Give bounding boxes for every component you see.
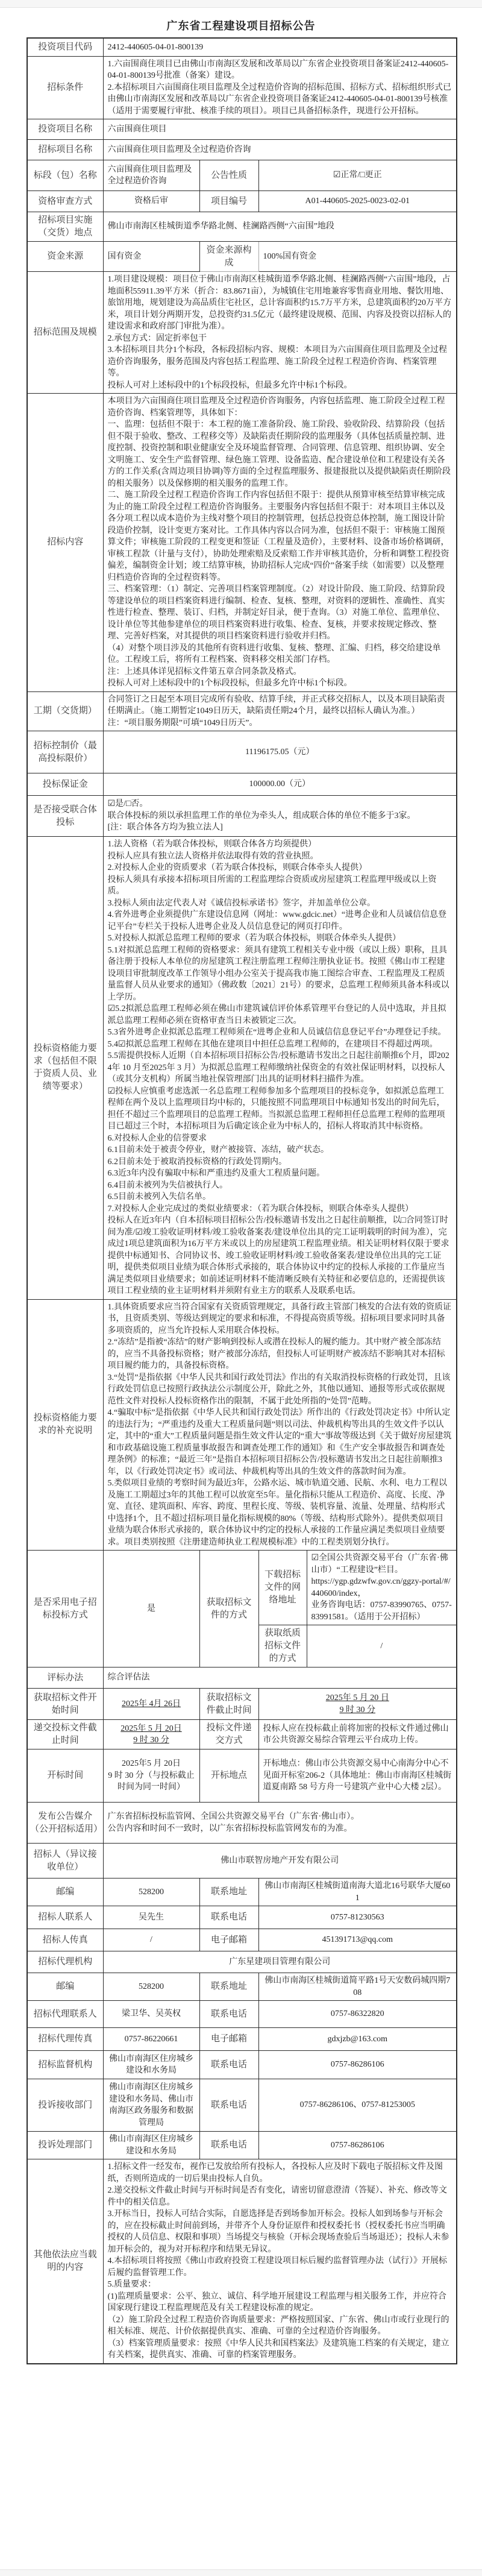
row-announcement-media: 发布公告媒介（公开招标适用） 广东省招标投标监管网、全国公共资源交易平台（广东省…	[27, 1803, 457, 1844]
paper-doc-value: /	[307, 1625, 457, 1667]
submit-method-label: 投标文件递交方式	[199, 1720, 258, 1749]
agency-label: 招标代理机构	[27, 1951, 103, 1973]
control-price-value: 11196175.05（元）	[103, 731, 457, 773]
tenderee-phone-label: 联系电话	[199, 1906, 258, 1929]
tenderee-fax-value: /	[103, 1929, 199, 1951]
announcement-table: 投资项目代码 2412-440605-04-01-800139 招标条件 1.六…	[27, 37, 457, 2364]
evaluation-method-label: 评标办法	[27, 1667, 103, 1689]
submit-deadline-value: 2025年 5 月 20日 9 时 30 分	[103, 1720, 199, 1749]
evaluation-method-value: 综合评估法	[103, 1667, 457, 1689]
row-agency-contact: 招标代理联系人 梁卫华、吴英权 联系电话 0757-86322820	[27, 2001, 457, 2028]
ability-supplement-value: 1.具体资质要求应当符合国家有关资质管理规定，具备行政主管部门核发的合法有效的资…	[103, 1299, 457, 1551]
fund-composition-value: 100%国有资金	[258, 242, 457, 272]
complaint-receiving-phone-value: 0757-86286106、0757-81253005	[258, 2079, 457, 2132]
supervision-agency-label: 招标监督机构	[27, 2051, 103, 2079]
consortium-value: ☑是/□否。 联合体投标的须以承担监理工作的单位为牵头人，组成联合体的单位不能多…	[103, 796, 457, 837]
row-electronic-bidding: 是否采用电子招标投标方式 是 获取招标文件的方式 下载招标文件的网络地址 ☑全国…	[27, 1551, 457, 1625]
qualification-review-value: 资格后审	[103, 191, 199, 212]
row-scope-scale: 招标范围及规模 1.项目建设规模：项目位于佛山市南海区桂城街道季华路北侧、桂澜路…	[27, 272, 457, 394]
row-bid-opening: 开标时间 2025年5 月 20日 9 时 30 分（与投标截止时间为同一时间）…	[27, 1749, 457, 1803]
supervision-phone-label: 联系电话	[199, 2051, 258, 2079]
row-qualification-ability: 投标资格能力要求（包括但不限于资质人员、业绩等要求） 1.法人资格（若为联合体投…	[27, 837, 457, 1300]
row-bid-conditions: 招标条件 1.六亩围商住项目已由佛山市南海区发展和改革局以广东省企业投资项目备案…	[27, 56, 457, 119]
complaint-handling-phone-label: 联系电话	[199, 2132, 258, 2159]
download-url-label: 下载招标文件的网络地址	[258, 1551, 307, 1625]
tenderee-phone-value: 0757-81230563	[258, 1906, 457, 1929]
bid-conditions-label: 招标条件	[27, 56, 103, 119]
complaint-handling-phone-value: 0757-86286106	[258, 2132, 457, 2159]
tenderee-address-value: 佛山市南海区桂城街道南海大道北16号联华大厦601	[258, 1878, 457, 1906]
agency-email-value: gdxjzb@163.com	[258, 2028, 457, 2051]
agency-contact-value: 梁卫华、吴英权	[103, 2001, 199, 2028]
row-bid-content: 招标内容 本项目为六亩围商住项目监理及全过程造价咨询服务，内容包括监理、施工阶段…	[27, 394, 457, 692]
row-tenderee-contact: 招标人联系人 吴先生 联系电话 0757-81230563	[27, 1906, 457, 1929]
agency-value: 广东星建项目管理有限公司	[103, 1951, 457, 1973]
section-name-label: 标段（包）名称	[27, 160, 103, 191]
investment-name-value: 六亩围商住项目	[103, 119, 457, 140]
complaint-handling-value: 佛山市南海区住房城乡建设和水务局	[103, 2132, 199, 2159]
agency-phone-label: 联系电话	[199, 2001, 258, 2028]
row-section-name: 标段（包）名称 六亩围商住项目监理及全过程造价咨询 公告性质 ☑正常/□更正	[27, 160, 457, 191]
investment-name-label: 投资项目名称	[27, 119, 103, 140]
qualification-ability-label: 投标资格能力要求（包括但不限于资质人员、业绩等要求）	[27, 837, 103, 1300]
project-number-label: 项目编号	[199, 191, 258, 212]
row-construction-period: 工期（交货期） 合同签订之日起至本项目完成所有验收、结算手续，并正式移交招标人，…	[27, 691, 457, 731]
bid-opening-time-label: 开标时间	[27, 1749, 103, 1803]
tenderee-contact-label: 招标人联系人	[27, 1906, 103, 1929]
control-price-label: 招标控制价（最高投标限价）	[27, 731, 103, 773]
scope-scale-label: 招标范围及规模	[27, 272, 103, 394]
bid-content-label: 招标内容	[27, 394, 103, 692]
top-page-strip	[0, 0, 482, 8]
bid-content-value: 本项目为六亩围商住项目监理及全过程造价咨询服务，内容包括监理、施工阶段全过程工程…	[103, 394, 457, 692]
row-tenderee-fax: 招标人传真 / 电子邮箱 451391713@qq.com	[27, 1929, 457, 1951]
row-complaint-handling: 投诉处理部门 佛山市南海区住房城乡建设和水务局 联系电话 0757-862861…	[27, 2132, 457, 2159]
agency-address-label: 联系地址	[199, 1973, 258, 2001]
row-project-place: 招标项目实施（交货）地点 佛山市南海区桂城街道季华路北侧、桂澜路西侧“六亩围”地…	[27, 212, 457, 242]
bottom-page-strip	[0, 2569, 482, 2576]
page-title: 广东省工程建设项目招标公告	[0, 17, 482, 33]
notice-nature-label: 公告性质	[199, 160, 258, 191]
submit-deadline-label: 递交投标文件截止时间	[27, 1720, 103, 1749]
agency-postcode-value: 528200	[103, 1973, 199, 2001]
row-fund-source: 资金来源 国有资金 资金来源构成 100%国有资金	[27, 242, 457, 272]
bid-project-name-label: 招标项目名称	[27, 140, 103, 160]
scope-scale-value: 1.项目建设规模：项目位于佛山市南海区桂城街道季华路北侧、桂澜路西侧“六亩围”地…	[103, 272, 457, 394]
row-other-contents: 其他依法应当载明的内容 1.招标文件一经发布，视作已发放给所有投标人，各投标人应…	[27, 2159, 457, 2364]
tenderee-email-value: 451391713@qq.com	[258, 1929, 457, 1951]
row-bid-project-name: 招标项目名称 六亩围商住项目监理及全过程造价咨询	[27, 140, 457, 160]
project-place-value: 佛山市南海区桂城街道季华路北侧、桂澜路西侧“六亩围”地段	[103, 212, 457, 242]
notice-nature-value: ☑正常/□更正	[258, 160, 457, 191]
paper-doc-label: 获取纸质招标文件的方式	[258, 1625, 307, 1667]
bid-deposit-value: 100000.00（元）	[103, 773, 457, 796]
bid-opening-place-value: 开标地点：佛山市公共资源交易中心南海分中心不见面开标室206-2（具体地址：佛山…	[258, 1749, 457, 1803]
construction-period-label: 工期（交货期）	[27, 691, 103, 731]
row-control-price: 招标控制价（最高投标限价） 11196175.05（元）	[27, 731, 457, 773]
electronic-bidding-value: 是	[103, 1551, 199, 1667]
qualification-review-label: 资格审查方式	[27, 191, 103, 212]
consortium-label: 是否接受联合体投标	[27, 796, 103, 837]
row-bid-deposit: 投标保证金 100000.00（元）	[27, 773, 457, 796]
tenderee-contact-value: 吴先生	[103, 1906, 199, 1929]
row-ability-supplement: 投标资格能力要求的补充说明 1.具体资质要求应当符合国家有关资质管理规定，具备行…	[27, 1299, 457, 1551]
project-number-value: A01-440605-2025-0023-02-01	[258, 191, 457, 212]
row-qualification-review: 资格审查方式 资格后审 项目编号 A01-440605-2025-0023-02…	[27, 191, 457, 212]
other-contents-value: 1.招标文件一经发布，视作已发放给所有投标人，各投标人应及时下载电子版招标文件及…	[103, 2159, 457, 2364]
doc-deadline-value: 2025年 5 月 20 日 9 时 30 分	[258, 1689, 457, 1720]
row-agency-postcode: 邮编 528200 联系地址 佛山市南海区桂城街道简平路1号天安数码城四期708	[27, 1973, 457, 2001]
agency-postcode-label: 邮编	[27, 1973, 103, 2001]
obtain-doc-method-label: 获取招标文件的方式	[199, 1551, 258, 1667]
doc-deadline-label: 获取招标文件截止时间	[199, 1689, 258, 1720]
complaint-receiving-phone-label: 联系电话	[199, 2079, 258, 2132]
row-evaluation-method: 评标办法 综合评估法	[27, 1667, 457, 1689]
qualification-ability-value: 1.法人资格（若为联合体投标，则联合体各方均须提供） 投标人应具有独立法人资格并…	[103, 837, 457, 1300]
investment-code-label: 投资项目代码	[27, 38, 103, 56]
tenderee-email-label: 电子邮箱	[199, 1929, 258, 1951]
construction-period-value: 合同签订之日起至本项目完成所有验收、结算手续，并正式移交招标人，以及本项目缺陷责…	[103, 691, 457, 731]
complaint-handling-label: 投诉处理部门	[27, 2132, 103, 2159]
announcement-media-value: 广东省招标投标监管网、全国公共资源交易平台（广东省·佛山市）。 公告内容和时间不…	[103, 1803, 457, 1844]
other-contents-label: 其他依法应当载明的内容	[27, 2159, 103, 2364]
doc-start-time-value: 2025年 4月 26日	[103, 1689, 199, 1720]
agency-fax-value: 0757-86220661	[103, 2028, 199, 2051]
agency-phone-value: 0757-86322820	[258, 2001, 457, 2028]
tenderee-address-label: 联系地址	[199, 1878, 258, 1906]
agency-contact-label: 招标代理联系人	[27, 2001, 103, 2028]
bid-conditions-value: 1.六亩围商住项目已由佛山市南海区发展和改革局以广东省企业投资项目备案证2412…	[103, 56, 457, 119]
fund-source-label: 资金来源	[27, 242, 103, 272]
row-investment-name: 投资项目名称 六亩围商住项目	[27, 119, 457, 140]
doc-start-time-label: 获取招标文件开始时间	[27, 1689, 103, 1720]
tenderee-postcode-value: 528200	[103, 1878, 199, 1906]
bid-project-name-value: 六亩围商住项目监理及全过程造价咨询	[103, 140, 457, 160]
electronic-bidding-label: 是否采用电子招标投标方式	[27, 1551, 103, 1667]
bid-opening-time-value: 2025年5 月 20日 9 时 30 分（与投标截止时间为同一时间）	[103, 1749, 199, 1803]
tenderee-fax-label: 招标人传真	[27, 1929, 103, 1951]
fund-composition-label: 资金来源构成	[199, 242, 258, 272]
fund-source-value: 国有资金	[103, 242, 199, 272]
row-tenderee-postcode: 邮编 528200 联系地址 佛山市南海区桂城街道南海大道北16号联华大厦601	[27, 1878, 457, 1906]
investment-code-value: 2412-440605-04-01-800139	[103, 38, 457, 56]
row-supervision-agency: 招标监督机构 佛山市南海区住房城乡建设和水务局 联系电话 0757-862861…	[27, 2051, 457, 2079]
tenderee-postcode-label: 邮编	[27, 1878, 103, 1906]
supervision-phone-value: 0757-86286106	[258, 2051, 457, 2079]
row-investment-code: 投资项目代码 2412-440605-04-01-800139	[27, 38, 457, 56]
row-complaint-receiving: 投诉接收部门 佛山市南海区住房城乡建设和水务局、佛山市南海区政务服务和数据管理局…	[27, 2079, 457, 2132]
row-agency-fax: 招标代理传真 0757-86220661 电子邮箱 gdxjzb@163.com	[27, 2028, 457, 2051]
agency-fax-label: 招标代理传真	[27, 2028, 103, 2051]
section-name-value: 六亩围商住项目监理及全过程造价咨询	[103, 160, 199, 191]
row-doc-obtain-time: 获取招标文件开始时间 2025年 4月 26日 获取招标文件截止时间 2025年…	[27, 1689, 457, 1720]
bid-opening-place-label: 开标地点	[199, 1749, 258, 1803]
supervision-agency-value: 佛山市南海区住房城乡建设和水务局	[103, 2051, 199, 2079]
row-agency: 招标代理机构 广东星建项目管理有限公司	[27, 1951, 457, 1973]
row-submit-deadline: 递交投标文件截止时间 2025年 5 月 20日 9 时 30 分 投标文件递交…	[27, 1720, 457, 1749]
tenderee-value: 佛山市联智房地产开发有限公司	[103, 1844, 457, 1878]
row-tenderee: 招标人（异议接收单位） 佛山市联智房地产开发有限公司	[27, 1844, 457, 1878]
tenderee-label: 招标人（异议接收单位）	[27, 1844, 103, 1878]
complaint-receiving-value: 佛山市南海区住房城乡建设和水务局、佛山市南海区政务服务和数据管理局	[103, 2079, 199, 2132]
ability-supplement-label: 投标资格能力要求的补充说明	[27, 1299, 103, 1551]
bid-deposit-label: 投标保证金	[27, 773, 103, 796]
submit-method-value: 投标人应在投标截止前将加密的投标文件通过佛山市公共资源交易综合管理云平台成功上传…	[258, 1720, 457, 1749]
agency-email-label: 电子邮箱	[199, 2028, 258, 2051]
complaint-receiving-label: 投诉接收部门	[27, 2079, 103, 2132]
row-consortium: 是否接受联合体投标 ☑是/□否。 联合体投标的须以承担监理工作的单位为牵头人，组…	[27, 796, 457, 837]
download-url-value: ☑全国公共资源交易平台（广东省·佛山市）“工程建设”栏目。 https://yg…	[307, 1551, 457, 1625]
project-place-label: 招标项目实施（交货）地点	[27, 212, 103, 242]
agency-address-value: 佛山市南海区桂城街道简平路1号天安数码城四期708	[258, 1973, 457, 2001]
announcement-media-label: 发布公告媒介（公开招标适用）	[27, 1803, 103, 1844]
